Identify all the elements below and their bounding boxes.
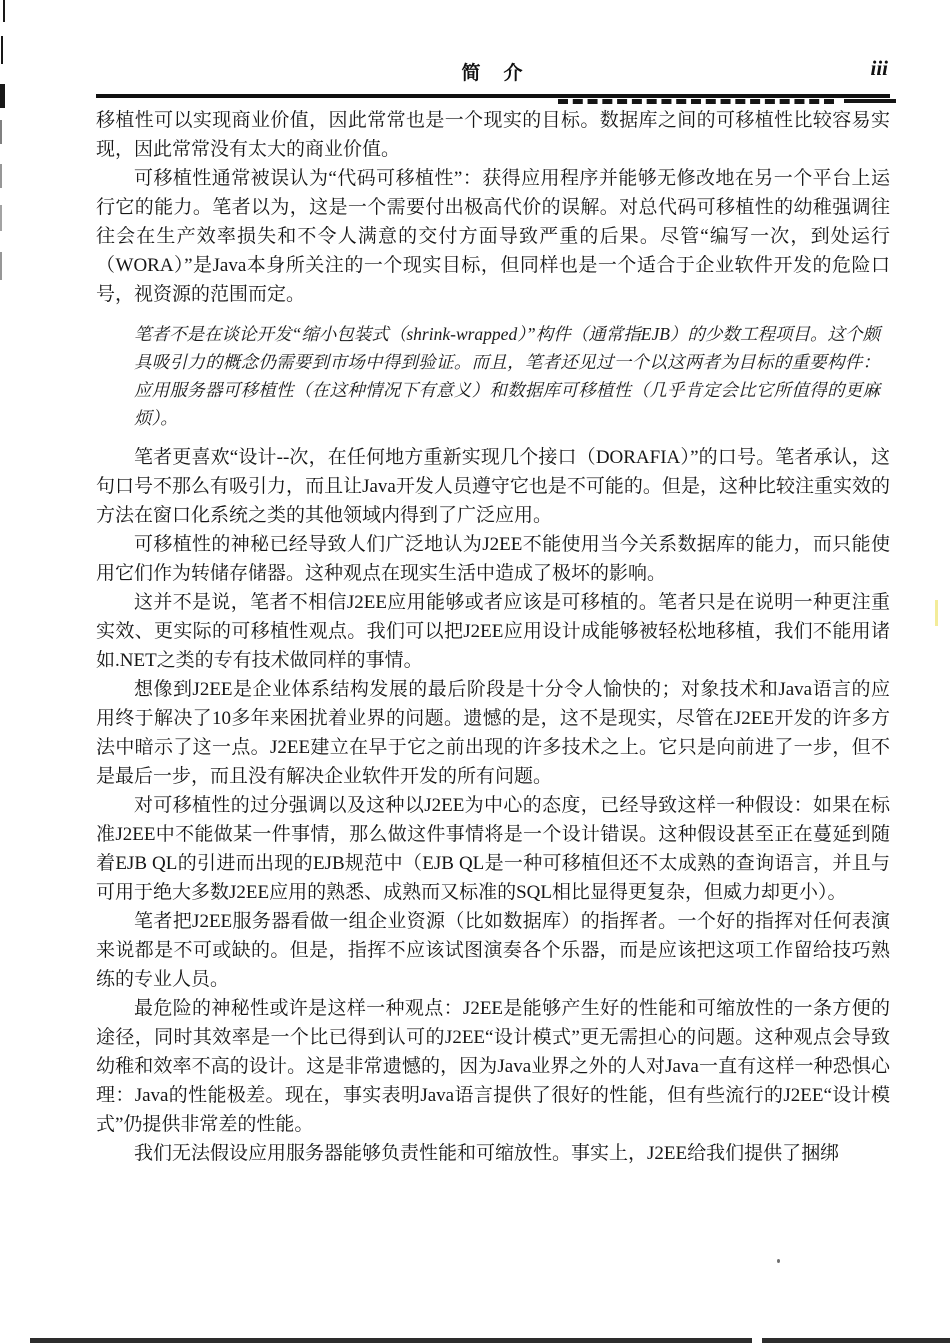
scan-artifact-edge-mark <box>0 252 2 280</box>
scan-artifact-speck <box>777 1259 780 1263</box>
scan-artifact-edge-mark <box>1 36 3 64</box>
page-number: iii <box>870 56 888 81</box>
scan-artifact-edge-mark <box>0 164 2 188</box>
body-paragraph: 可移植性的神秘已经导致人们广泛地认为J2EE不能使用当今关系数据库的能力，而只能… <box>96 530 890 588</box>
page-header-title: 简 介 <box>96 58 890 85</box>
body-paragraph: 可移植性通常被误认为“代码可移植性”：获得应用程序并能够无修改地在另一个平台上运… <box>96 164 890 309</box>
header-rule-dashes <box>558 99 834 104</box>
scan-artifact-bottom-bar-left <box>30 1338 752 1343</box>
header-rule-tail <box>844 99 896 103</box>
scan-artifact-edge-mark <box>0 120 2 144</box>
scan-artifact-edge-mark <box>3 0 5 22</box>
scan-artifact-highlight <box>935 600 938 626</box>
header-rule <box>96 94 890 98</box>
scanned-book-page: { "colors": { "ink": "#161616", "paper":… <box>0 0 950 1344</box>
scan-artifact-bottom-bar-right <box>762 1338 950 1343</box>
page-header: 简 介 iii <box>96 58 890 94</box>
body-paragraph: 我们无法假设应用服务器能够负责性能和可缩放性。事实上，J2EE给我们提供了捆绑 <box>96 1139 890 1168</box>
body-paragraph: 移植性可以实现商业价值，因此常常也是一个现实的目标。数据库之间的可移植性比较容易… <box>96 106 890 164</box>
body-paragraph: 笔者把J2EE服务器看做一组企业资源（比如数据库）的指挥者。一个好的指挥对任何表… <box>96 907 890 994</box>
scan-artifact-edge-mark <box>0 205 2 231</box>
body-paragraph: 对可移植性的过分强调以及这种以J2EE为中心的态度，已经导致这样一种假设：如果在… <box>96 791 890 907</box>
body-paragraph: 这并不是说，笔者不相信J2EE应用能够或者应该是可移植的。笔者只是在说明一种更注… <box>96 588 890 675</box>
body-paragraph: 想像到J2EE是企业体系结构发展的最后阶段是十分令人愉快的；对象技术和Java语… <box>96 675 890 791</box>
body-paragraph: 笔者更喜欢“设计--次，在任何地方重新实现几个接口（DORAFIA）”的口号。笔… <box>96 443 890 530</box>
block-quote: 笔者不是在谈论开发“缩小包装式（shrink-wrapped）”构件（通常指EJ… <box>134 320 880 432</box>
page-body: 简 介 iii 移植性可以实现商业价值，因此常常也是一个现实的目标。数据库之间的… <box>96 58 890 1168</box>
scan-artifact-edge-mark <box>0 84 5 108</box>
body-paragraph: 最危险的神秘性或许是这样一种观点：J2EE是能够产生好的性能和可缩放性的一条方便… <box>96 994 890 1139</box>
